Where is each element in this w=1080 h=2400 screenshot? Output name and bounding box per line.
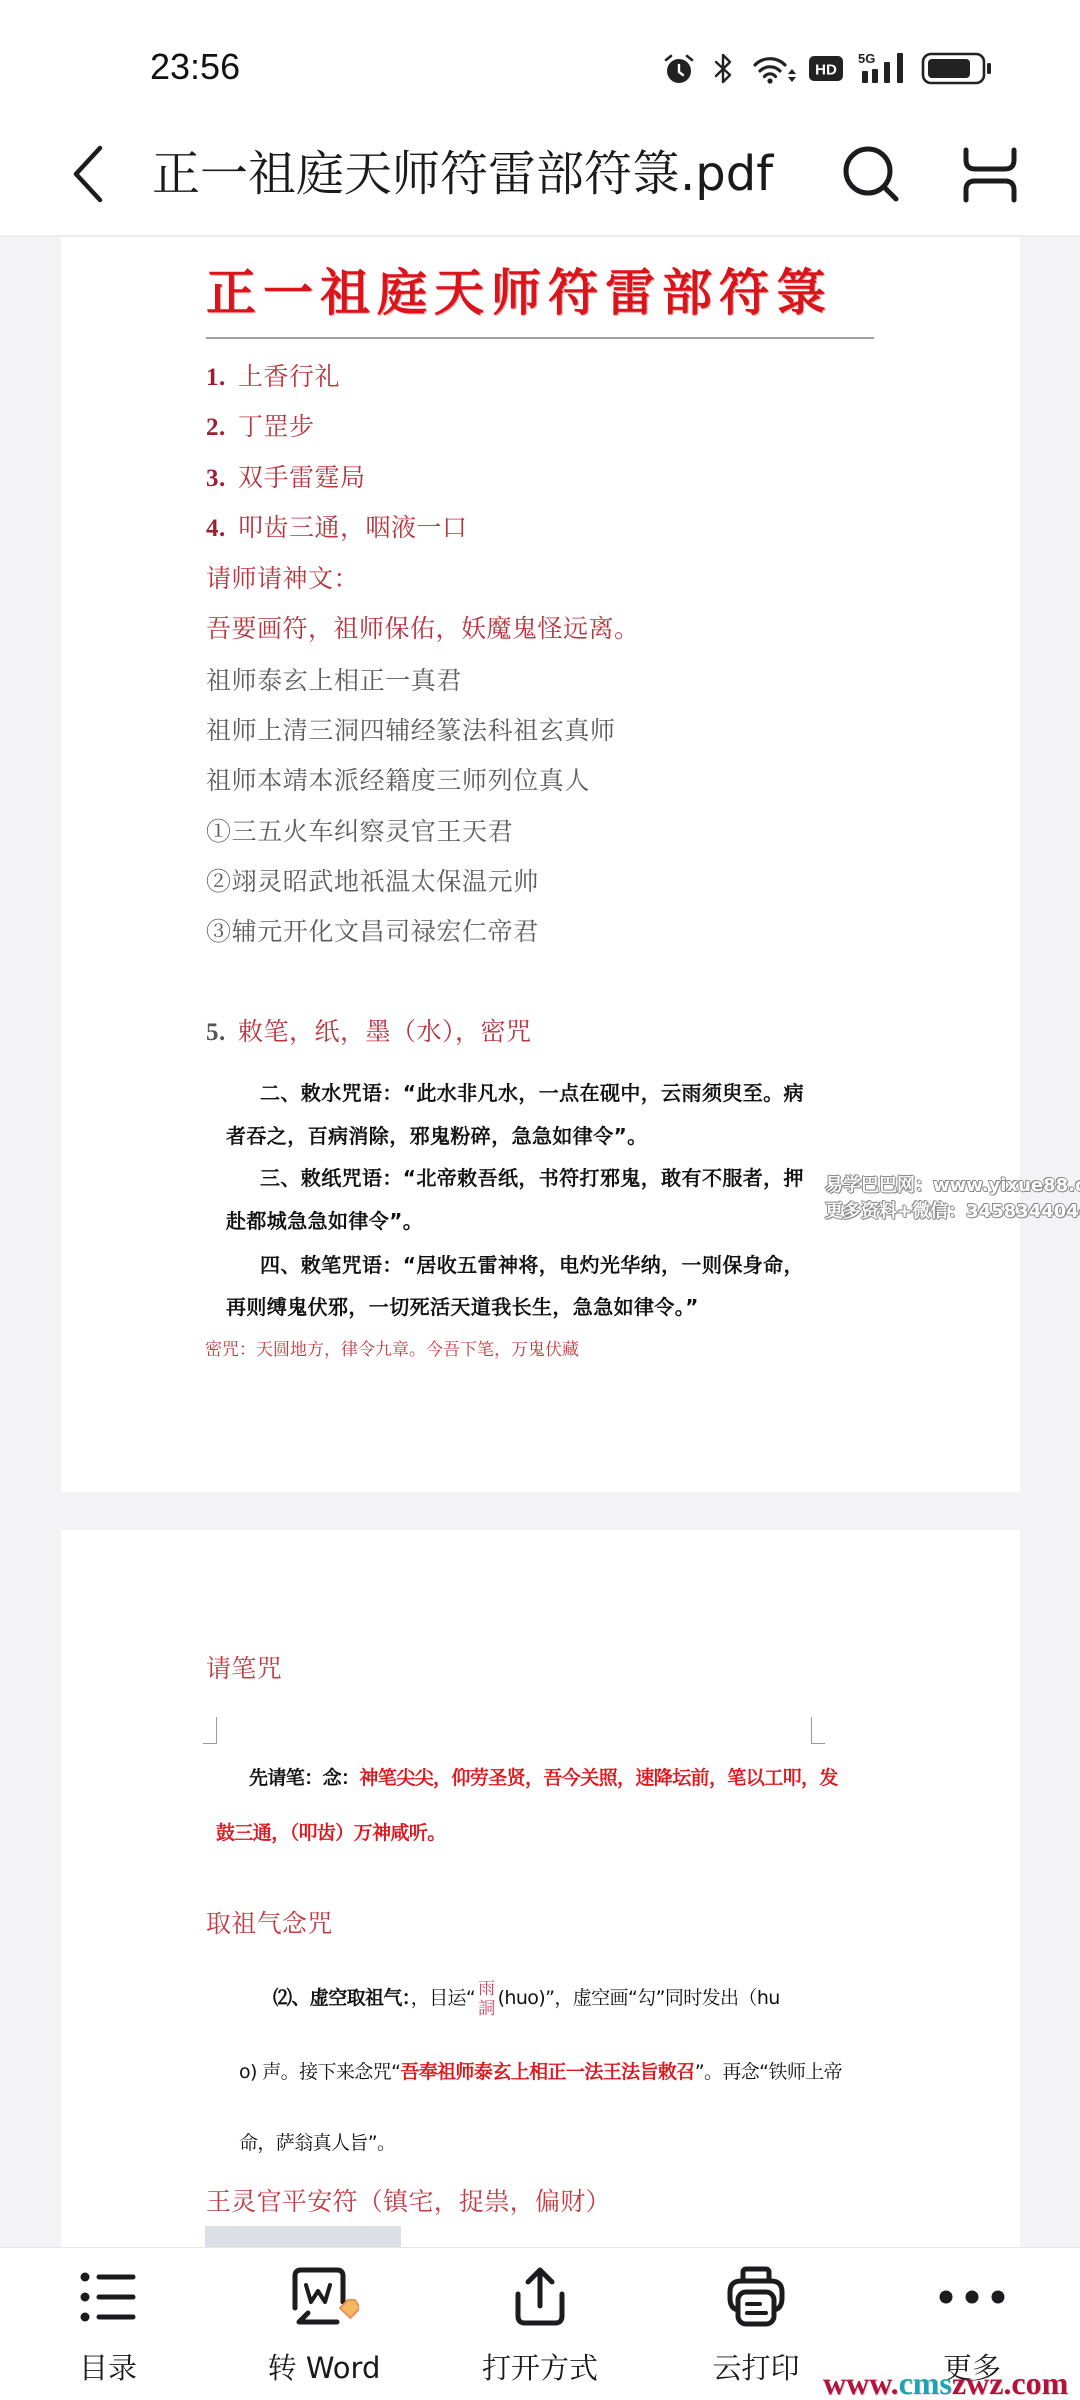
convert-to-word-label: 转 Word — [216, 2350, 432, 2386]
master-line: 祖师泰玄上相正一真君 — [206, 662, 462, 702]
spell-line: 四、敕笔咒语：“居收五雷神将，电灼光华纳，一则保身命， — [260, 1245, 804, 1285]
step-item: 1.上香行礼 — [206, 358, 340, 398]
document-title: 正一祖庭天师符雷部符箓.pdf — [152, 148, 773, 200]
convert-to-word-icon — [289, 2266, 359, 2328]
watermark-site: 易学巴巴网：www.yixue88.cn — [825, 1173, 1080, 1199]
crop-mark-right — [811, 1717, 825, 1744]
secret-spell: 密咒：天圆地方，律令九章。今吾下笔，万鬼伏藏 — [205, 1330, 579, 1370]
ancestral-qi-line: 命，萨翁真人旨”。 — [239, 2123, 395, 2163]
ancestral-qi-line: ⑵、虚空取祖气：，目运“雨詷(huo)”，虚空画“勾”同时发出（hu — [273, 1978, 780, 2018]
pdf-page-1: 正一祖庭天师符雷部符箓 1.上香行礼 2.丁罡步 3.双手雷霆局 4.叩齿三通，… — [61, 237, 1020, 1492]
pen-spell-heading: 请笔咒 — [206, 1650, 282, 1690]
battery-icon — [921, 52, 993, 89]
watermark-contact: 更多资料+微信：3458344044 — [825, 1199, 1080, 1225]
spell-line: 者吞之，百病消除，邪鬼粉碎，急急如律令”。 — [226, 1116, 648, 1156]
open-with-button[interactable]: 打开方式 — [432, 2248, 648, 2400]
invocation-text: 吾要画符，祖师保佑，妖魔鬼怪远离。 — [206, 610, 640, 650]
hd-icon: HD — [809, 56, 843, 85]
master-line: 祖师本靖本派经籍度三师列位真人 — [206, 762, 590, 802]
page-mode-button[interactable] — [958, 146, 1022, 204]
convert-to-word-button[interactable]: 转 Word — [216, 2248, 432, 2400]
crop-mark-left — [203, 1717, 217, 1744]
svg-text:HD: HD — [815, 62, 837, 79]
cloud-print-icon — [726, 2266, 786, 2328]
spell-line: 三、敕纸咒语：“北帝敕吾纸，书符打邪鬼，敢有不服者，押 — [260, 1158, 804, 1198]
search-icon — [838, 142, 900, 204]
status-bar: 23:56 HD 5G — [0, 0, 1080, 110]
pdf-page-2: 请笔咒 先请笔：念：神笔尖尖，仰劳圣贤，吾今关照，速降坛前，笔以工叩，发 鼓三通… — [61, 1530, 1020, 2247]
page-mode-icon — [958, 146, 1022, 204]
pdf-viewer[interactable]: 正一祖庭天师符雷部符箓 1.上香行礼 2.丁罡步 3.双手雷霆局 4.叩齿三通，… — [0, 237, 1080, 2247]
master-line: ①三五火车纠察灵官王天君 — [206, 813, 513, 853]
table-of-contents-icon — [79, 2266, 137, 2328]
step-item: 3.双手雷霆局 — [206, 459, 366, 499]
svg-text:5G: 5G — [858, 51, 875, 66]
pen-spell-line: 鼓三通，（叩齿）万神咸听。 — [216, 1813, 446, 1853]
spell-line: 赴都城急急如律令”。 — [226, 1201, 423, 1241]
open-with-label: 打开方式 — [432, 2350, 648, 2386]
toc-button[interactable]: 目录 — [0, 2248, 216, 2400]
ancestral-qi-line: o) 声。接下来念咒“吾奉祖师泰玄上相正一法王法旨敕召”。再念“铁师上帝 — [239, 2052, 842, 2092]
site-watermark: www.cmszwz.com — [823, 2364, 1068, 2400]
step-item: 5.敕笔，纸，墨（水），密咒 — [206, 1013, 532, 1053]
toc-label: 目录 — [0, 2350, 216, 2386]
invocation-heading: 请师请神文： — [206, 560, 359, 600]
wifi-icon — [752, 52, 798, 89]
talisman-glyph: 雨詷 — [478, 1979, 494, 2019]
page-heading: 正一祖庭天师符雷部符箓 — [206, 261, 833, 325]
title-bar: 正一祖庭天师符雷部符箓.pdf — [0, 110, 1080, 237]
master-line: ③辅元开化文昌司禄宏仁帝君 — [206, 913, 539, 953]
step-item: 4.叩齿三通，咽液一口 — [206, 509, 468, 549]
open-with-share-icon — [510, 2266, 570, 2328]
talisman-heading: 王灵官平安符（镇宅，捉祟，偏财） — [206, 2183, 611, 2223]
spell-line: 二、敕水咒语：“此水非凡水，一点在砚中，云雨须臾至。病 — [260, 1073, 804, 1113]
master-line: ②翊灵昭武地祇温太保温元帅 — [206, 863, 539, 903]
heading-divider — [206, 337, 874, 339]
search-button[interactable] — [838, 142, 900, 204]
master-line: 祖师上清三洞四辅经篆法科祖玄真师 — [206, 712, 616, 752]
alarm-icon — [661, 52, 697, 89]
back-button[interactable] — [66, 144, 110, 204]
talisman-image — [205, 2226, 401, 2247]
back-arrow-icon — [66, 144, 110, 204]
more-icon — [938, 2266, 1006, 2328]
pen-spell-line: 先请笔：念：神笔尖尖，仰劳圣贤，吾今关照，速降坛前，笔以工叩，发 — [249, 1758, 838, 1798]
bluetooth-icon — [711, 52, 737, 89]
step-item: 2.丁罡步 — [206, 408, 315, 448]
5g-signal-icon: 5G — [857, 50, 907, 89]
ancestral-qi-heading: 取祖气念咒 — [206, 1905, 333, 1945]
spell-line: 再则缚鬼伏邪，一切死活天道我长生，急急如律令。” — [226, 1287, 699, 1327]
status-time: 23:56 — [150, 45, 240, 89]
